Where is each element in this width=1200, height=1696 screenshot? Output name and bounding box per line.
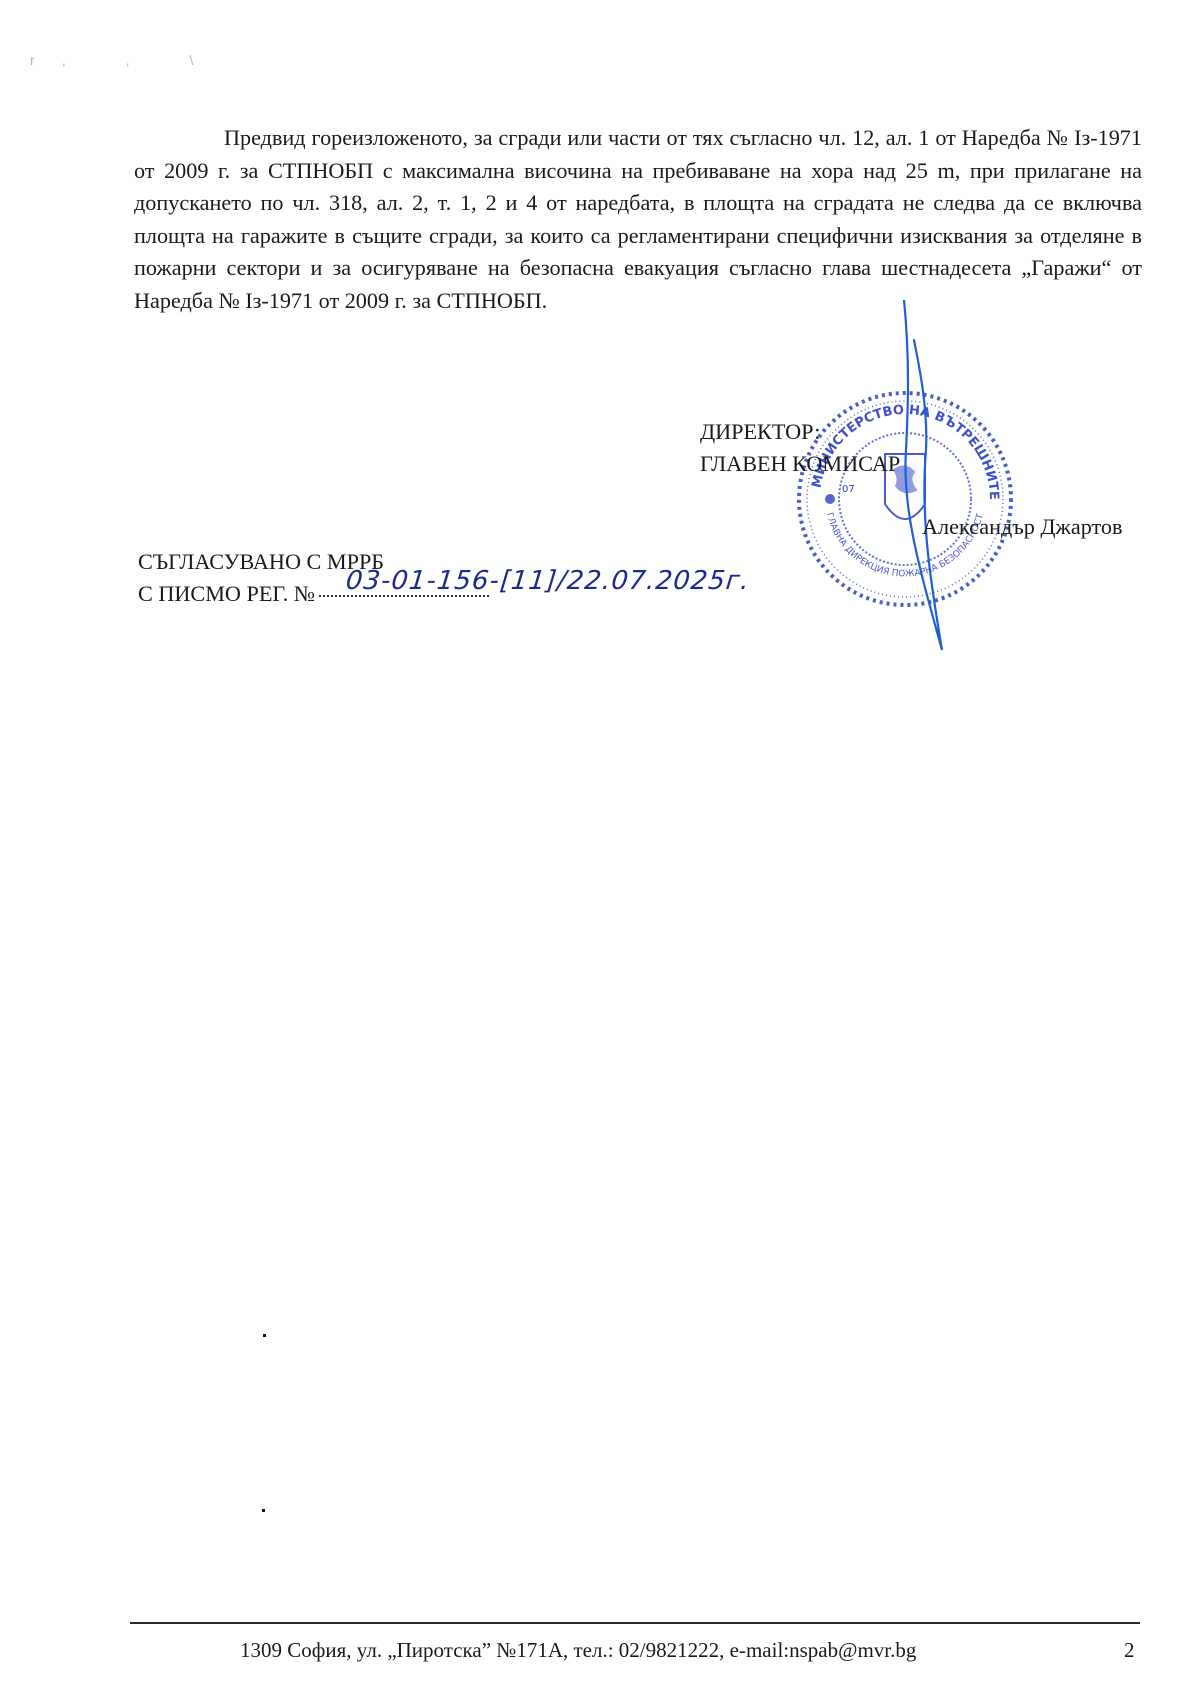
svg-text:ГЛАВНА ДИРЕКЦИЯ ПОЖАРНА БЕЗОПА: ГЛАВНА ДИРЕКЦИЯ ПОЖАРНА БЕЗОПАСНОСТ И ЗА…	[790, 384, 986, 580]
body-text: Предвид гореизложеното, за сгради или ча…	[134, 122, 1142, 318]
handwritten-signature	[880, 300, 960, 660]
body-paragraph: Предвид гореизложеното, за сгради или ча…	[134, 122, 1142, 318]
signatory-title-2: ГЛАВЕН КОМИСАР	[700, 448, 900, 480]
scan-artifact: r, , \	[30, 52, 221, 68]
signatory-title-1: ДИРЕКТОР:	[700, 416, 900, 448]
stamp-number: 07	[842, 484, 855, 495]
footer-divider	[130, 1622, 1140, 1624]
signature-block: ДИРЕКТОР: ГЛАВЕН КОМИСАР	[700, 416, 900, 480]
footer-address: 1309 София, ул. „Пиротска” №171А, тел.: …	[240, 1638, 916, 1663]
registration-number-handwritten: 03-01-156-[11]/22.07.2025г.	[344, 566, 751, 596]
stamp-bottom-text: ГЛАВНА ДИРЕКЦИЯ ПОЖАРНА БЕЗОПАСНОСТ И ЗА…	[790, 384, 986, 580]
stray-dot	[263, 1334, 266, 1337]
page-number: 2	[1124, 1638, 1135, 1663]
registration-label: С ПИСМО РЕГ. №	[138, 581, 315, 606]
signatory-name: Александър Джартов	[922, 514, 1123, 540]
stray-dot	[262, 1509, 265, 1512]
